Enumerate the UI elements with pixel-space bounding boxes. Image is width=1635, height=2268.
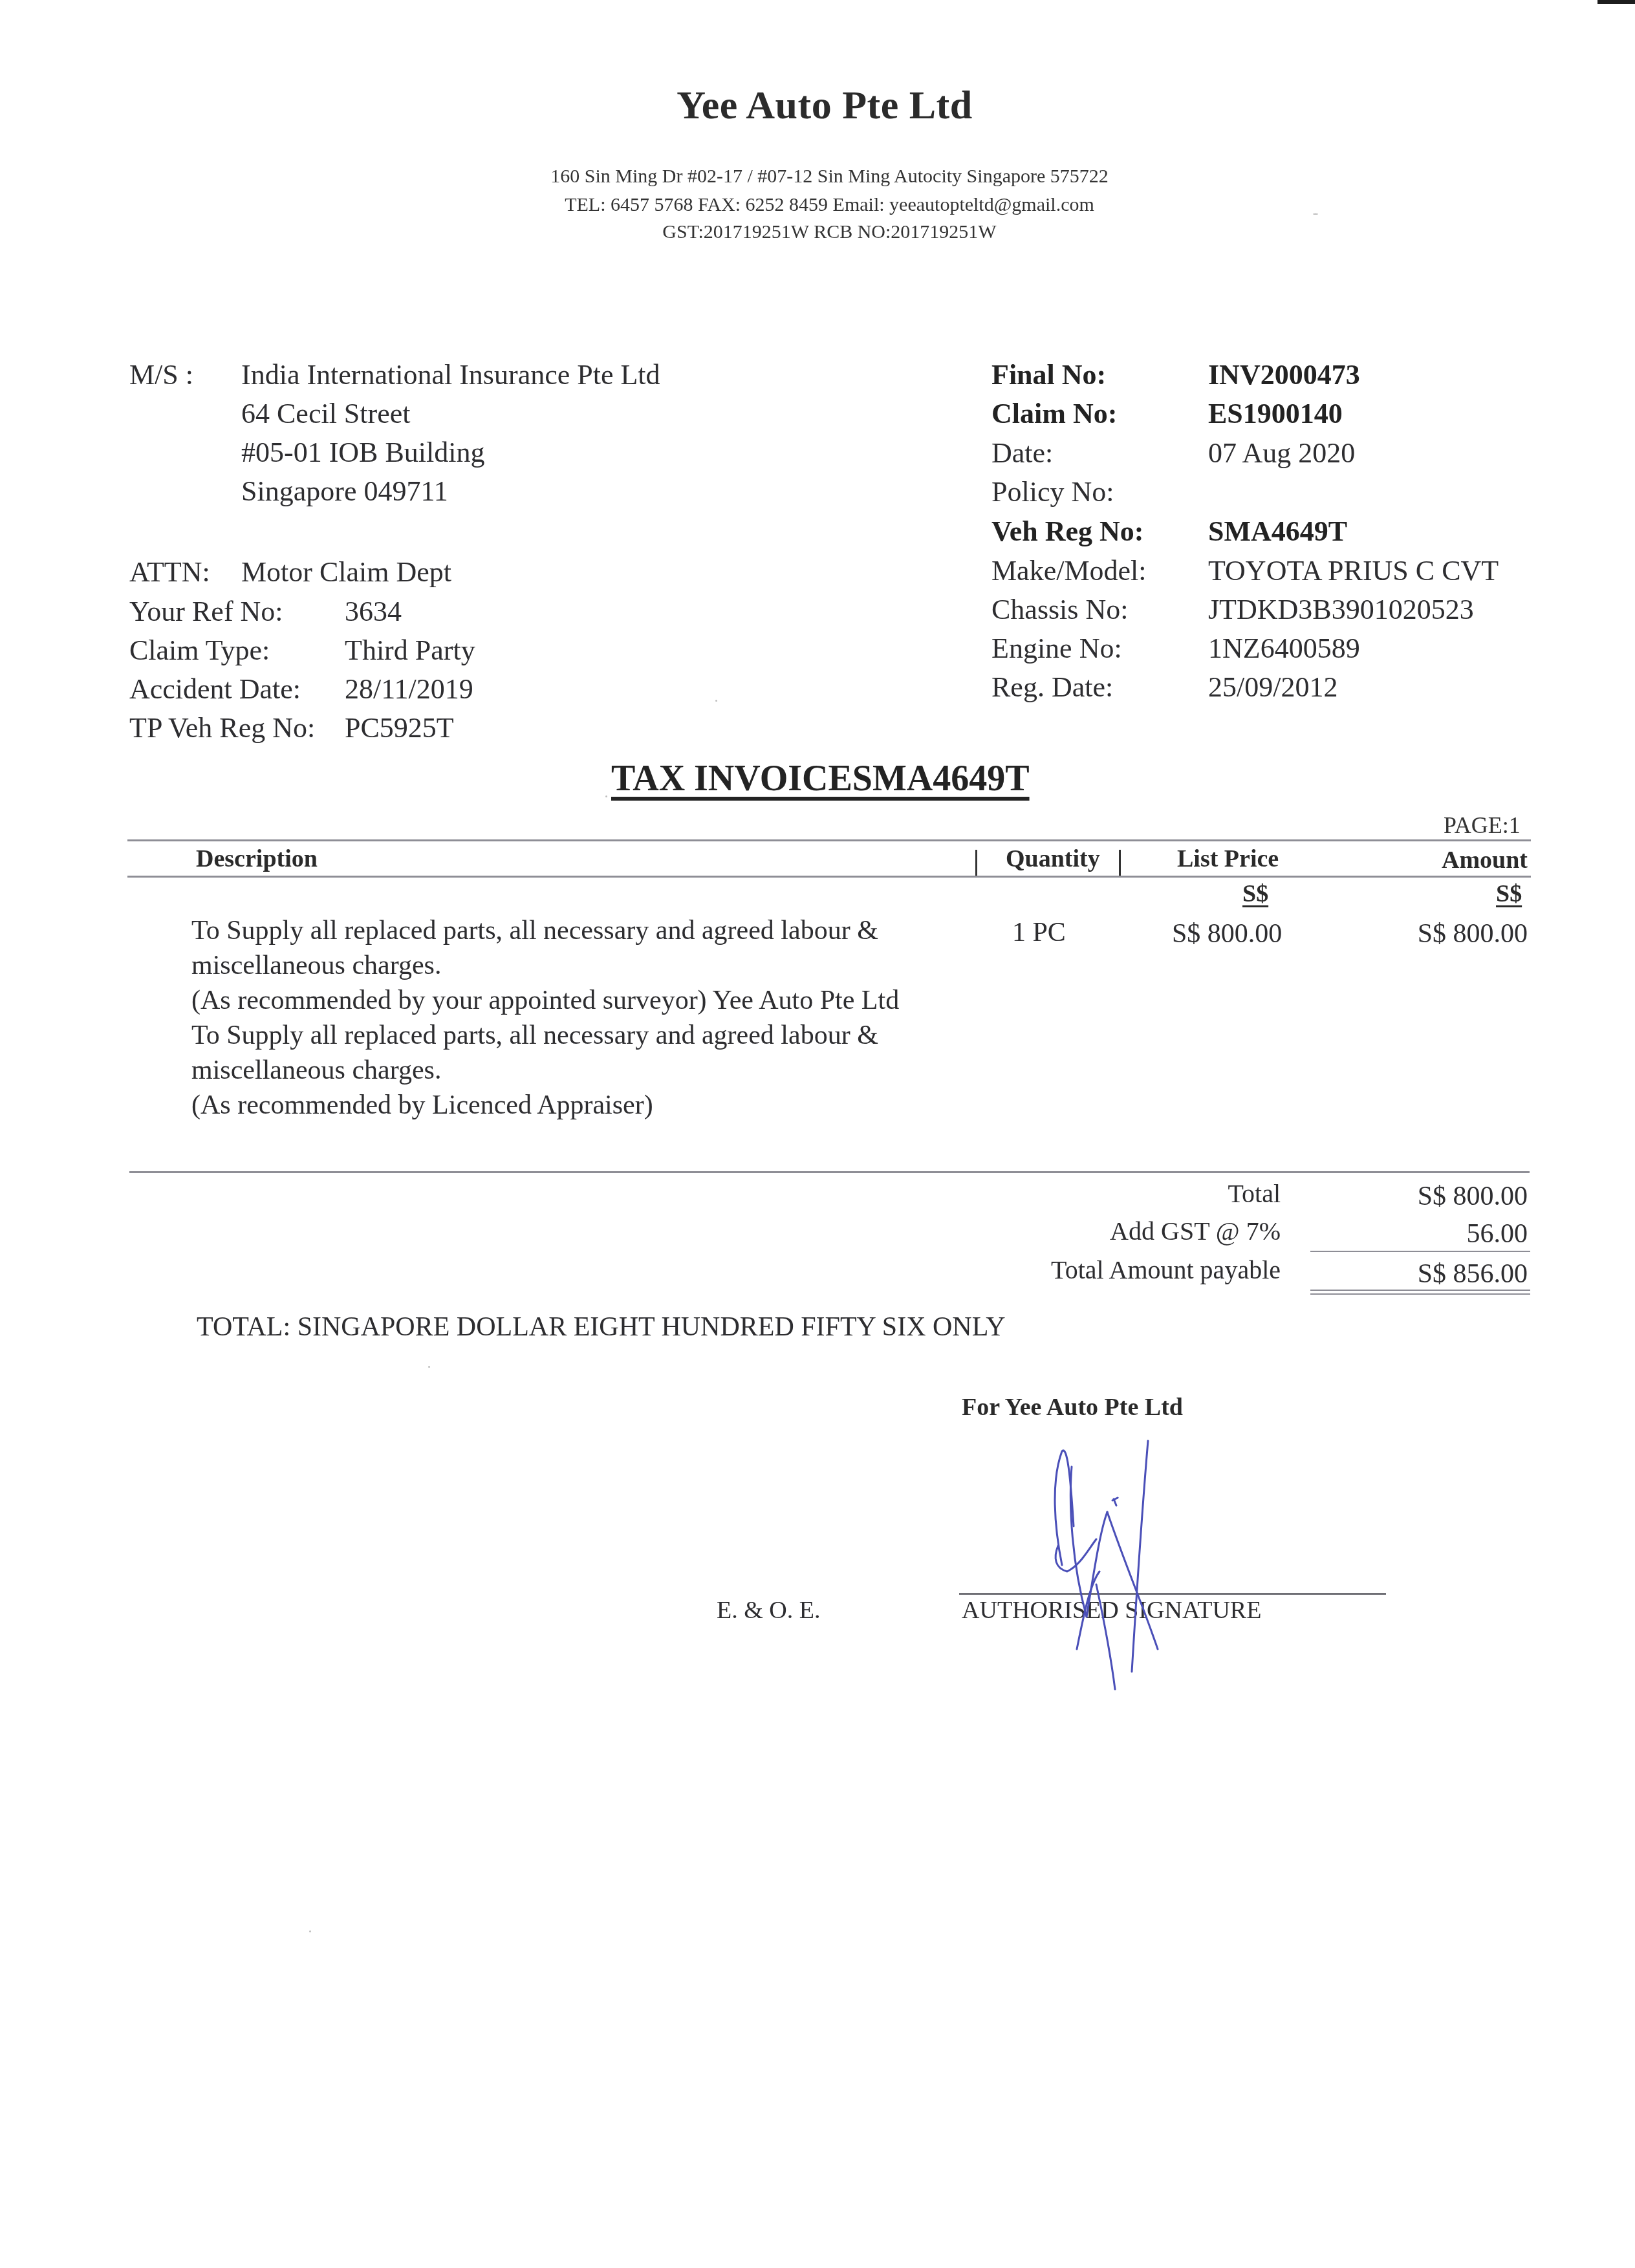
line-item-quantity: 1 PC — [1012, 917, 1066, 948]
table-bottom-rule — [129, 1171, 1530, 1173]
column-header-list-price: List Price — [1177, 845, 1279, 873]
gst-value: 56.00 — [1326, 1218, 1528, 1249]
description-line: (As recommended by your appointed survey… — [191, 983, 1045, 1018]
description-line: miscellaneous charges. — [191, 948, 1045, 983]
your-ref-value: 3634 — [345, 595, 402, 628]
scan-speck — [605, 795, 607, 797]
scan-speck — [428, 1366, 430, 1368]
accident-date-label: Accident Date: — [129, 673, 301, 706]
make-model-label: Make/Model: — [991, 554, 1147, 587]
subtotal-rule — [1310, 1251, 1530, 1252]
gst-label: Add GST @ 7% — [970, 1216, 1281, 1246]
payable-label: Total Amount payable — [970, 1255, 1281, 1285]
claim-type-value: Third Party — [345, 634, 475, 667]
date-value: 07 Aug 2020 — [1208, 437, 1355, 470]
final-no-label: Final No: — [991, 358, 1106, 391]
column-separator — [975, 850, 977, 877]
amount-in-words: TOTAL: SINGAPORE DOLLAR EIGHT HUNDRED FI… — [197, 1312, 1005, 1343]
engine-no-label: Engine No: — [991, 632, 1122, 665]
customer-address-line: 64 Cecil Street — [241, 397, 411, 430]
amount-currency: S$ — [1496, 880, 1522, 908]
line-item-amount: S$ 800.00 — [1326, 918, 1528, 949]
column-separator — [1119, 850, 1121, 877]
description-line: miscellaneous charges. — [191, 1053, 1045, 1088]
customer-address-line: #05-01 IOB Building — [241, 436, 484, 469]
chassis-no-value: JTDKD3B3901020523 — [1208, 593, 1474, 626]
page-number: PAGE:1 — [1444, 812, 1521, 839]
veh-reg-label: Veh Reg No: — [991, 515, 1143, 548]
eoe-label: E. & O. E. — [717, 1596, 820, 1625]
chassis-no-label: Chassis No: — [991, 593, 1128, 626]
engine-no-value: 1NZ6400589 — [1208, 632, 1360, 665]
ms-label: M/S : — [129, 358, 193, 391]
customer-address-line: Singapore 049711 — [241, 475, 448, 508]
claim-no-label: Claim No: — [991, 397, 1117, 430]
scan-speck — [309, 1930, 311, 1932]
attn-label: ATTN: — [129, 556, 210, 589]
column-header-quantity: Quantity — [1006, 845, 1100, 873]
company-address: 160 Sin Ming Dr #02-17 / #07-12 Sin Ming… — [0, 166, 1635, 188]
your-ref-label: Your Ref No: — [129, 595, 283, 628]
company-contact: TEL: 6457 5768 FAX: 6252 8459 Email: yee… — [0, 194, 1635, 216]
line-item-list-price: S$ 800.00 — [1172, 918, 1282, 949]
customer-name: India International Insurance Pte Ltd — [241, 358, 660, 391]
scan-speck — [715, 700, 717, 702]
list-price-currency: S$ — [1242, 880, 1268, 908]
grand-total-rule — [1310, 1290, 1530, 1291]
date-label: Date: — [991, 437, 1053, 470]
table-top-rule — [127, 839, 1531, 841]
document-title: TAX INVOICESMA4649T — [611, 758, 1030, 799]
reg-date-label: Reg. Date: — [991, 671, 1113, 704]
claim-type-label: Claim Type: — [129, 634, 270, 667]
veh-reg-value: SMA4649T — [1208, 515, 1347, 548]
scan-edge-mark — [1597, 0, 1635, 4]
total-value: S$ 800.00 — [1326, 1181, 1528, 1212]
description-line: To Supply all replaced parts, all necess… — [191, 913, 1045, 948]
company-name: Yee Auto Pte Ltd — [0, 83, 1635, 129]
make-model-value: TOYOTA PRIUS C CVT — [1208, 554, 1499, 587]
claim-no-value: ES1900140 — [1208, 397, 1343, 430]
tp-veh-reg-value: PC5925T — [345, 711, 454, 744]
total-label: Total — [970, 1178, 1281, 1209]
column-header-amount: Amount — [1358, 846, 1528, 874]
attn-value: Motor Claim Dept — [241, 556, 451, 589]
description-line: (As recommended by Licenced Appraiser) — [191, 1088, 1045, 1123]
grand-total-rule — [1310, 1293, 1530, 1295]
final-no-value: INV2000473 — [1208, 358, 1360, 391]
payable-value: S$ 856.00 — [1326, 1258, 1528, 1290]
accident-date-value: 28/11/2019 — [345, 673, 473, 706]
column-header-description: Description — [196, 845, 318, 873]
line-item-description: To Supply all replaced parts, all necess… — [191, 913, 1045, 1123]
policy-no-label: Policy No: — [991, 475, 1114, 508]
reg-date-value: 25/09/2012 — [1208, 671, 1337, 704]
handwritten-signature-icon — [1035, 1436, 1203, 1694]
description-line: To Supply all replaced parts, all necess… — [191, 1018, 1045, 1053]
tp-veh-reg-label: TP Veh Reg No: — [129, 711, 315, 744]
table-header-rule — [127, 876, 1531, 878]
company-registration: GST:201719251W RCB NO:201719251W — [0, 221, 1635, 243]
for-company-label: For Yee Auto Pte Ltd — [962, 1393, 1183, 1421]
